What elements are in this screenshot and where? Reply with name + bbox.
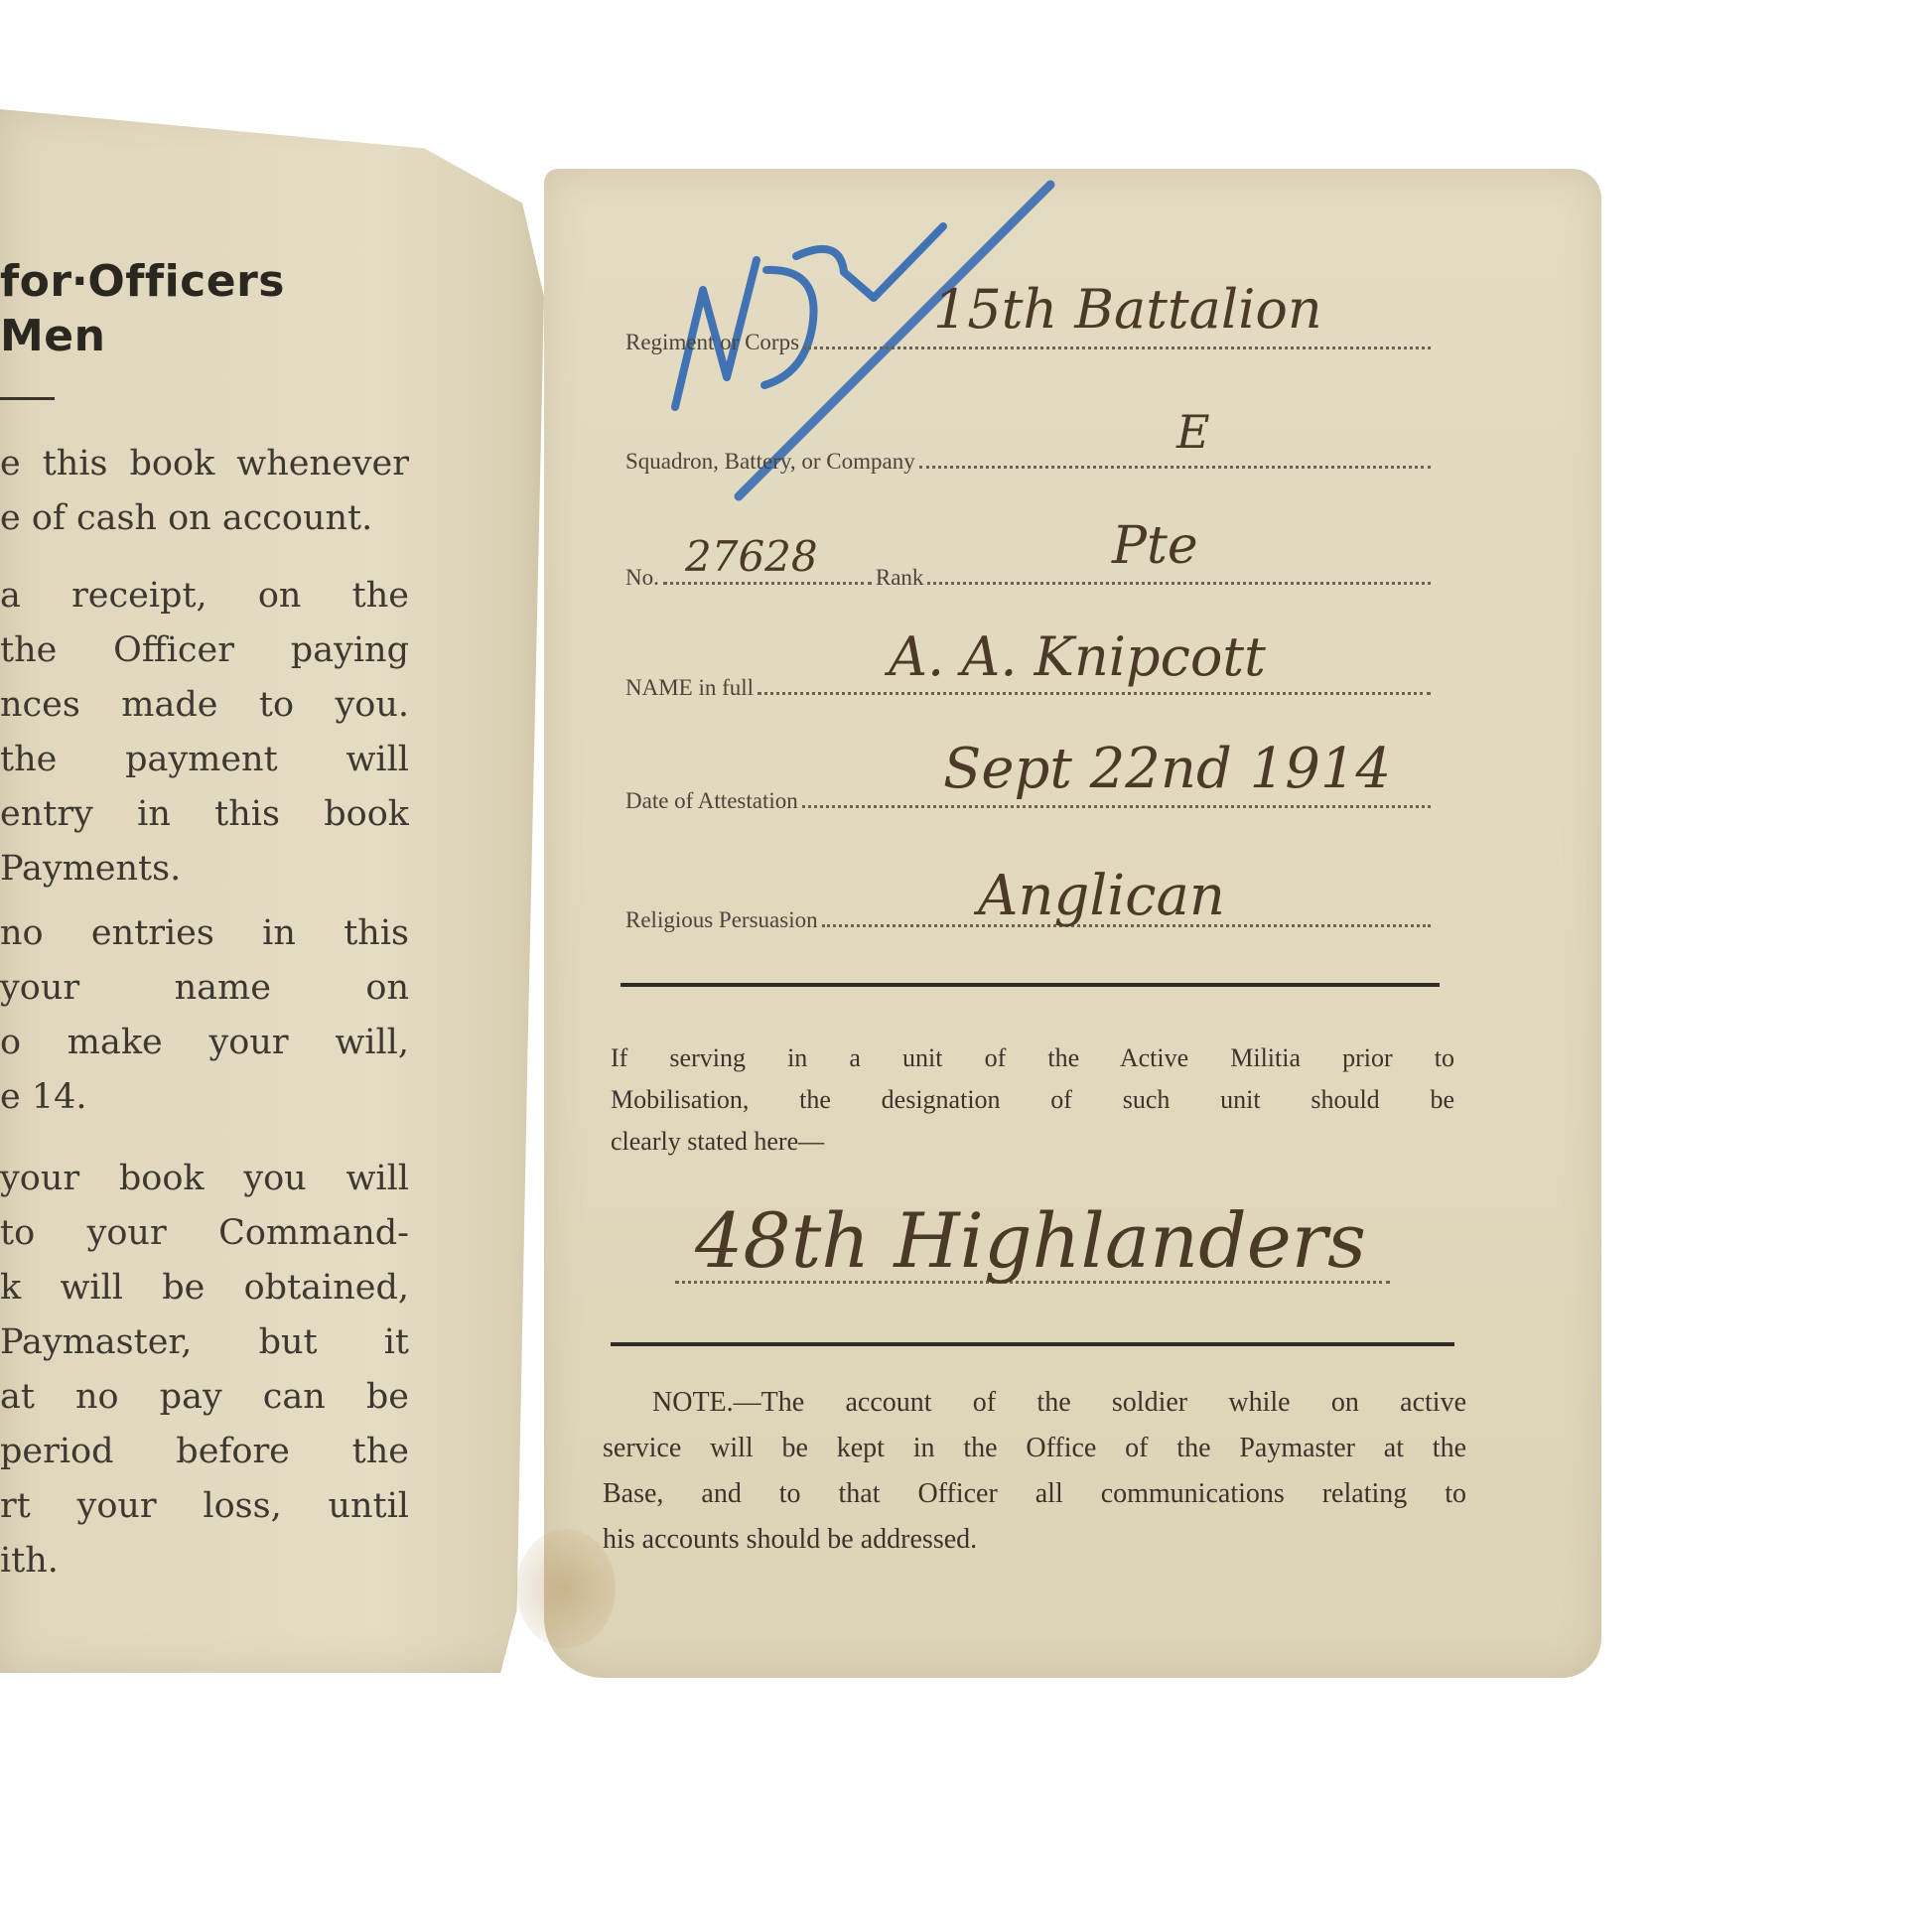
field-label: Religious Persuasion <box>625 907 818 937</box>
field-label: NAME in full <box>625 675 754 705</box>
text-line: service will be kept in the Office of th… <box>603 1426 1466 1471</box>
section-divider <box>621 983 1440 987</box>
text-line: your book you will <box>0 1152 409 1206</box>
heading-divider <box>0 397 55 400</box>
text-line: e of cash on account. <box>0 491 409 546</box>
left-paragraph-1: e this book whenever e of cash on accoun… <box>0 437 409 546</box>
left-paragraph-4: your book you will to your Command- k wi… <box>0 1152 409 1588</box>
rank-value-handwritten: Pte <box>1112 516 1198 576</box>
text-line: the payment will <box>0 733 409 787</box>
text-line: period before the <box>0 1425 409 1479</box>
dotted-line <box>803 346 1431 349</box>
dotted-line <box>802 805 1431 808</box>
text-line: o make your will, <box>0 1016 409 1070</box>
field-label: Date of Attestation <box>625 788 798 818</box>
attestation-date-handwritten: Sept 22nd 1914 <box>943 737 1391 801</box>
text-line: NOTE.—The account of the soldier while o… <box>603 1380 1466 1426</box>
regiment-value-handwritten: 15th Battalion <box>933 278 1322 341</box>
text-line: ith. <box>0 1534 409 1588</box>
text-line: nces made to you. <box>0 678 409 733</box>
text-line: entry in this book <box>0 787 409 842</box>
number-value-handwritten: 27628 <box>685 532 818 581</box>
field-squadron-battery-company: Squadron, Battery, or Company <box>625 435 1435 479</box>
text-line: the Officer paying <box>0 623 409 678</box>
field-label-rank: Rank <box>876 565 924 595</box>
text-line: no entries in this <box>0 906 409 961</box>
age-stain <box>516 1529 616 1648</box>
field-label: Squadron, Battery, or Company <box>625 449 915 479</box>
left-paragraph-2: a receipt, on the the Officer paying nce… <box>0 569 409 897</box>
text-line: e 14. <box>0 1070 409 1125</box>
text-line: to your Command- <box>0 1206 409 1261</box>
dotted-line <box>758 692 1431 695</box>
dotted-line <box>927 582 1431 585</box>
left-heading-line-1: for‧Officers <box>0 256 285 307</box>
text-line: Paymaster, but it <box>0 1315 409 1370</box>
text-line: rt your loss, until <box>0 1479 409 1534</box>
field-label-number: No. <box>625 565 659 595</box>
section-divider <box>611 1342 1454 1346</box>
field-label: Regiment or Corps <box>625 330 799 359</box>
dotted-line <box>663 582 872 585</box>
militia-unit-handwritten: 48th Highlanders <box>695 1196 1366 1285</box>
militia-instruction-text: If serving in a unit of the Active Milit… <box>611 1037 1454 1163</box>
religion-value-handwritten: Anglican <box>978 864 1225 928</box>
text-line: If serving in a unit of the Active Milit… <box>611 1037 1454 1079</box>
company-value-handwritten: E <box>1176 405 1210 459</box>
text-line: at no pay can be <box>0 1370 409 1425</box>
text-line: Base, and to that Officer all communicat… <box>603 1471 1466 1517</box>
left-heading-line-2: Men <box>0 311 105 361</box>
left-paragraph-3: no entries in this your name on o make y… <box>0 906 409 1125</box>
text-line: clearly stated here— <box>611 1121 1454 1163</box>
note-text: NOTE.—The account of the soldier while o… <box>603 1380 1466 1563</box>
text-line: your name on <box>0 961 409 1016</box>
text-line: a receipt, on the <box>0 569 409 623</box>
text-line: e this book whenever <box>0 437 409 491</box>
dotted-line <box>919 466 1431 469</box>
name-value-handwritten: A. A. Knipcott <box>889 625 1266 688</box>
text-line: Payments. <box>0 842 409 897</box>
text-line: his accounts should be addressed. <box>603 1517 1466 1563</box>
text-line: k will be obtained, <box>0 1261 409 1315</box>
text-line: Mobilisation, the designation of such un… <box>611 1079 1454 1121</box>
